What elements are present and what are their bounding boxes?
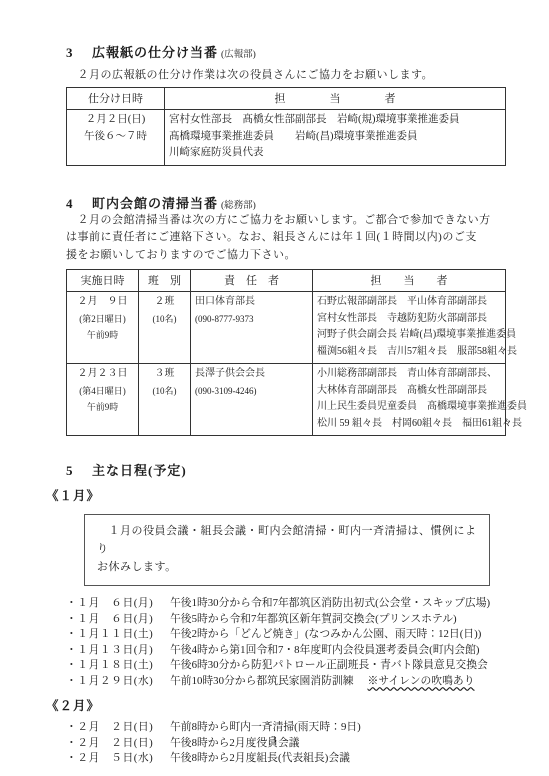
schedule-date: ・１月１１日(土) bbox=[66, 627, 170, 643]
col-header-persons: 担 当 者 bbox=[165, 88, 506, 110]
schedule-date: ・１月 ６日(月) bbox=[66, 596, 170, 612]
section3-number: 3 bbox=[66, 45, 92, 61]
schedule-desc: 午後4時から第1回令和7・8年度町内会役員選考委員会(町内会館) bbox=[170, 643, 480, 659]
schedule-item: ・１月２９日(水) 午前10時30分から都筑民家園消防訓練 ※サイレンの吹鳴あり bbox=[66, 674, 507, 690]
schedule-item: ・１月１１日(土) 午後2時から「どんど焼き」(なつみかん公園、雨天時：12日(… bbox=[66, 627, 507, 643]
cell-responsible: 田口体育部長 (090-8777-9373 bbox=[191, 292, 313, 364]
cell-members: 石野広報部副部長 平山体育部副部長 宮村女性部長 寺越防犯防火部副部長 河野子供… bbox=[313, 292, 506, 364]
table-header-row: 実施日時 班 別 責 任 者 担 当 者 bbox=[67, 270, 506, 292]
notice-line: お休みします。 bbox=[97, 558, 477, 576]
intro-line: 援をお願いしておりますのでご協力下さい。 bbox=[66, 247, 507, 265]
schedule-desc: 午前10時30分から都筑民家園消防訓練 bbox=[170, 674, 354, 690]
cleaning-duty-table: 実施日時 班 別 責 任 者 担 当 者 ２月 ９日 (第2日曜日) 午前9時 … bbox=[66, 269, 506, 436]
member-line: 宮村女性部長 寺越防犯防火部副部長 bbox=[317, 311, 501, 328]
document-page: 3 広報紙の仕分け当番 (広報部) ２月の広報紙の仕分け作業は次の役員さんにご協… bbox=[0, 0, 549, 776]
section4-number: 4 bbox=[66, 196, 92, 212]
schedule-date: ・１月２９日(水) bbox=[66, 674, 170, 690]
schedule-item: ・１月 ６日(月) 午後1時30分から令和7年都筑区消防出初式(公会堂・スキップ… bbox=[66, 596, 507, 612]
cell-date: ２月２３日 (第4日曜日) 午前9時 bbox=[67, 364, 139, 436]
page-number: - 3 - bbox=[0, 735, 549, 746]
intro-line: ２月の会館清掃当番は次の方にご協力をお願いします。ご都合で参加できない方 bbox=[66, 212, 507, 230]
section5-heading: 5 主な日程(予定) bbox=[66, 460, 507, 479]
date-line: (第4日曜日) bbox=[71, 383, 134, 400]
schedule-item: ・１月１８日(土) 午後6時30分から防犯パトロール正副班長・青バト隊員意見交換… bbox=[66, 658, 507, 674]
schedule-desc: 午後5時から令和7年都筑区新年賀詞交換会(プリンスホテル) bbox=[170, 612, 457, 628]
january-schedule: ・１月 ６日(月) 午後1時30分から令和7年都筑区消防出初式(公会堂・スキップ… bbox=[66, 596, 507, 689]
schedule-date: ・２月 ５日(水) bbox=[66, 751, 170, 767]
member-line: 宮村女性部長 髙橋女性部副部長 岩崎(規)環境事業推進委員 bbox=[169, 112, 501, 129]
cell-group: ３班 (10名) bbox=[139, 364, 191, 436]
schedule-date: ・１月１８日(土) bbox=[66, 658, 170, 674]
schedule-item: ・２月 ５日(水) 午後8時から2月度組長(代表組長)会議 bbox=[66, 751, 507, 767]
member-line: 髙橋環境事業推進委員 岩崎(昌)環境事業推進委員 bbox=[169, 129, 501, 146]
cell-members: 小川総務部副部長 青山体育部副部長、 大林体育部副部長 髙橋女性部副部長 川上民… bbox=[313, 364, 506, 436]
member-line: 川上民生委員児童委員 髙橋環境事業推進委員 bbox=[317, 399, 501, 416]
schedule-item: ・１月１３日(月) 午後4時から第1回令和7・8年度町内会役員選考委員会(町内会… bbox=[66, 643, 507, 659]
schedule-desc: 午後2時から「どんど焼き」(なつみかん公園、雨天時：12日(日)) bbox=[170, 627, 481, 643]
cell-date: ２月 ９日 (第2日曜日) 午前9時 bbox=[67, 292, 139, 364]
section-hall-cleaning: 4 町内会館の清掃当番 (総務部) ２月の会館清掃当番は次の方にご協力をお願いし… bbox=[66, 193, 507, 437]
col-header-group: 班 別 bbox=[139, 270, 191, 292]
intro-line: は事前に責任者にご連絡下さい。なお、組長さんには年１回(１時間以内)のご支 bbox=[66, 229, 507, 247]
schedule-desc: 午後1時30分から令和7年都筑区消防出初式(公会堂・スキップ広場) bbox=[170, 596, 490, 612]
date-line: 午前9時 bbox=[71, 399, 134, 416]
table-header-row: 仕分け日時 担 当 者 bbox=[67, 88, 506, 110]
responsible-name: 田口体育部長 bbox=[195, 294, 308, 311]
time-line: 午後６～７時 bbox=[71, 129, 160, 146]
date-line: ２月 ９日 bbox=[71, 294, 134, 311]
section-newsletter-sorting: 3 広報紙の仕分け当番 (広報部) ２月の広報紙の仕分け作業は次の役員さんにご協… bbox=[66, 42, 507, 166]
member-line: 大林体育部副部長 髙橋女性部副部長 bbox=[317, 383, 501, 400]
date-line: ２月２日(日) bbox=[71, 112, 160, 129]
cell-group: ２班 (10名) bbox=[139, 292, 191, 364]
responsible-phone: (090-3109-4246) bbox=[195, 383, 308, 400]
section4-intro: ２月の会館清掃当番は次の方にご協力をお願いします。ご都合で参加できない方 は事前… bbox=[66, 212, 507, 265]
schedule-date: ・２月 ２日(日) bbox=[66, 720, 170, 736]
responsible-phone: (090-8777-9373 bbox=[195, 311, 308, 328]
schedule-siren-note: ※サイレンの吹鳴あり bbox=[368, 674, 475, 690]
january-label: 《１月》 bbox=[46, 486, 507, 504]
table-row: ２月 ９日 (第2日曜日) 午前9時 ２班 (10名) 田口体育部長 (090-… bbox=[67, 292, 506, 364]
schedule-desc: 午後6時30分から防犯パトロール正副班長・青バト隊員意見交換会 bbox=[170, 658, 488, 674]
february-label: 《２月》 bbox=[46, 696, 507, 714]
member-line: 川崎家庭防災員代表 bbox=[169, 145, 501, 162]
date-line: 午前9時 bbox=[71, 327, 134, 344]
schedule-item: ・２月 ２日(日) 午前8時から町内一斉清掃(雨天時：9日) bbox=[66, 720, 507, 736]
schedule-desc: 午後8時から2月度組長(代表組長)会議 bbox=[170, 751, 350, 767]
cell-persons: 宮村女性部長 髙橋女性部副部長 岩崎(規)環境事業推進委員 髙橋環境事業推進委員… bbox=[165, 110, 506, 166]
member-line: 松川 59 組々長 村岡60組々長 福田61組々長 bbox=[317, 416, 501, 433]
section5-number: 5 bbox=[66, 463, 92, 479]
section4-department: (総務部) bbox=[221, 197, 256, 211]
schedule-item: ・１月 ６日(月) 午後5時から令和7年都筑区新年賀詞交換会(プリンスホテル) bbox=[66, 612, 507, 628]
group-line: (10名) bbox=[143, 311, 186, 328]
section3-intro: ２月の広報紙の仕分け作業は次の役員さんにご協力をお願いします。 bbox=[66, 66, 507, 82]
schedule-date: ・１月１３日(月) bbox=[66, 643, 170, 659]
january-notice-box: １月の役員会議・組長会議・町内会館清掃・町内一斉清掃は、慣例により お休みします… bbox=[84, 514, 490, 586]
schedule-date: ・１月 ６日(月) bbox=[66, 612, 170, 628]
section-schedule: 5 主な日程(予定) 《１月》 １月の役員会議・組長会議・町内会館清掃・町内一斉… bbox=[66, 460, 507, 767]
member-line: 石野広報部副部長 平山体育部副部長 bbox=[317, 294, 501, 311]
section5-title: 主な日程(予定) bbox=[92, 460, 187, 479]
section4-title: 町内会館の清掃当番 bbox=[92, 193, 218, 212]
col-header-datetime: 仕分け日時 bbox=[67, 88, 165, 110]
col-header-responsible: 責 任 者 bbox=[191, 270, 313, 292]
group-line: ３班 bbox=[143, 366, 186, 383]
group-line: ２班 bbox=[143, 294, 186, 311]
col-header-date: 実施日時 bbox=[67, 270, 139, 292]
responsible-name: 長澤子供会会長 bbox=[195, 366, 308, 383]
table-row: ２月２３日 (第4日曜日) 午前9時 ３班 (10名) 長澤子供会会長 (090… bbox=[67, 364, 506, 436]
sorting-duty-table: 仕分け日時 担 当 者 ２月２日(日) 午後６～７時 宮村女性部長 髙橋女性部副… bbox=[66, 87, 506, 166]
schedule-desc: 午前8時から町内一斉清掃(雨天時：9日) bbox=[170, 720, 361, 736]
cell-responsible: 長澤子供会会長 (090-3109-4246) bbox=[191, 364, 313, 436]
section4-heading: 4 町内会館の清掃当番 (総務部) bbox=[66, 193, 507, 212]
cell-datetime: ２月２日(日) 午後６～７時 bbox=[67, 110, 165, 166]
col-header-members: 担 当 者 bbox=[313, 270, 506, 292]
section3-department: (広報部) bbox=[221, 46, 256, 60]
section3-title: 広報紙の仕分け当番 bbox=[92, 42, 218, 61]
member-line: 橿渕56組々長 吉川57組々長 服部58組々長 bbox=[317, 344, 501, 361]
notice-line: １月の役員会議・組長会議・町内会館清掃・町内一斉清掃は、慣例により bbox=[97, 522, 477, 558]
section3-heading: 3 広報紙の仕分け当番 (広報部) bbox=[66, 42, 507, 61]
group-line: (10名) bbox=[143, 383, 186, 400]
date-line: ２月２３日 bbox=[71, 366, 134, 383]
member-line: 河野子供会副会長 岩崎(昌)環境事業推進委員 bbox=[317, 327, 501, 344]
table-row: ２月２日(日) 午後６～７時 宮村女性部長 髙橋女性部副部長 岩崎(規)環境事業… bbox=[67, 110, 506, 166]
date-line: (第2日曜日) bbox=[71, 311, 134, 328]
member-line: 小川総務部副部長 青山体育部副部長、 bbox=[317, 366, 501, 383]
